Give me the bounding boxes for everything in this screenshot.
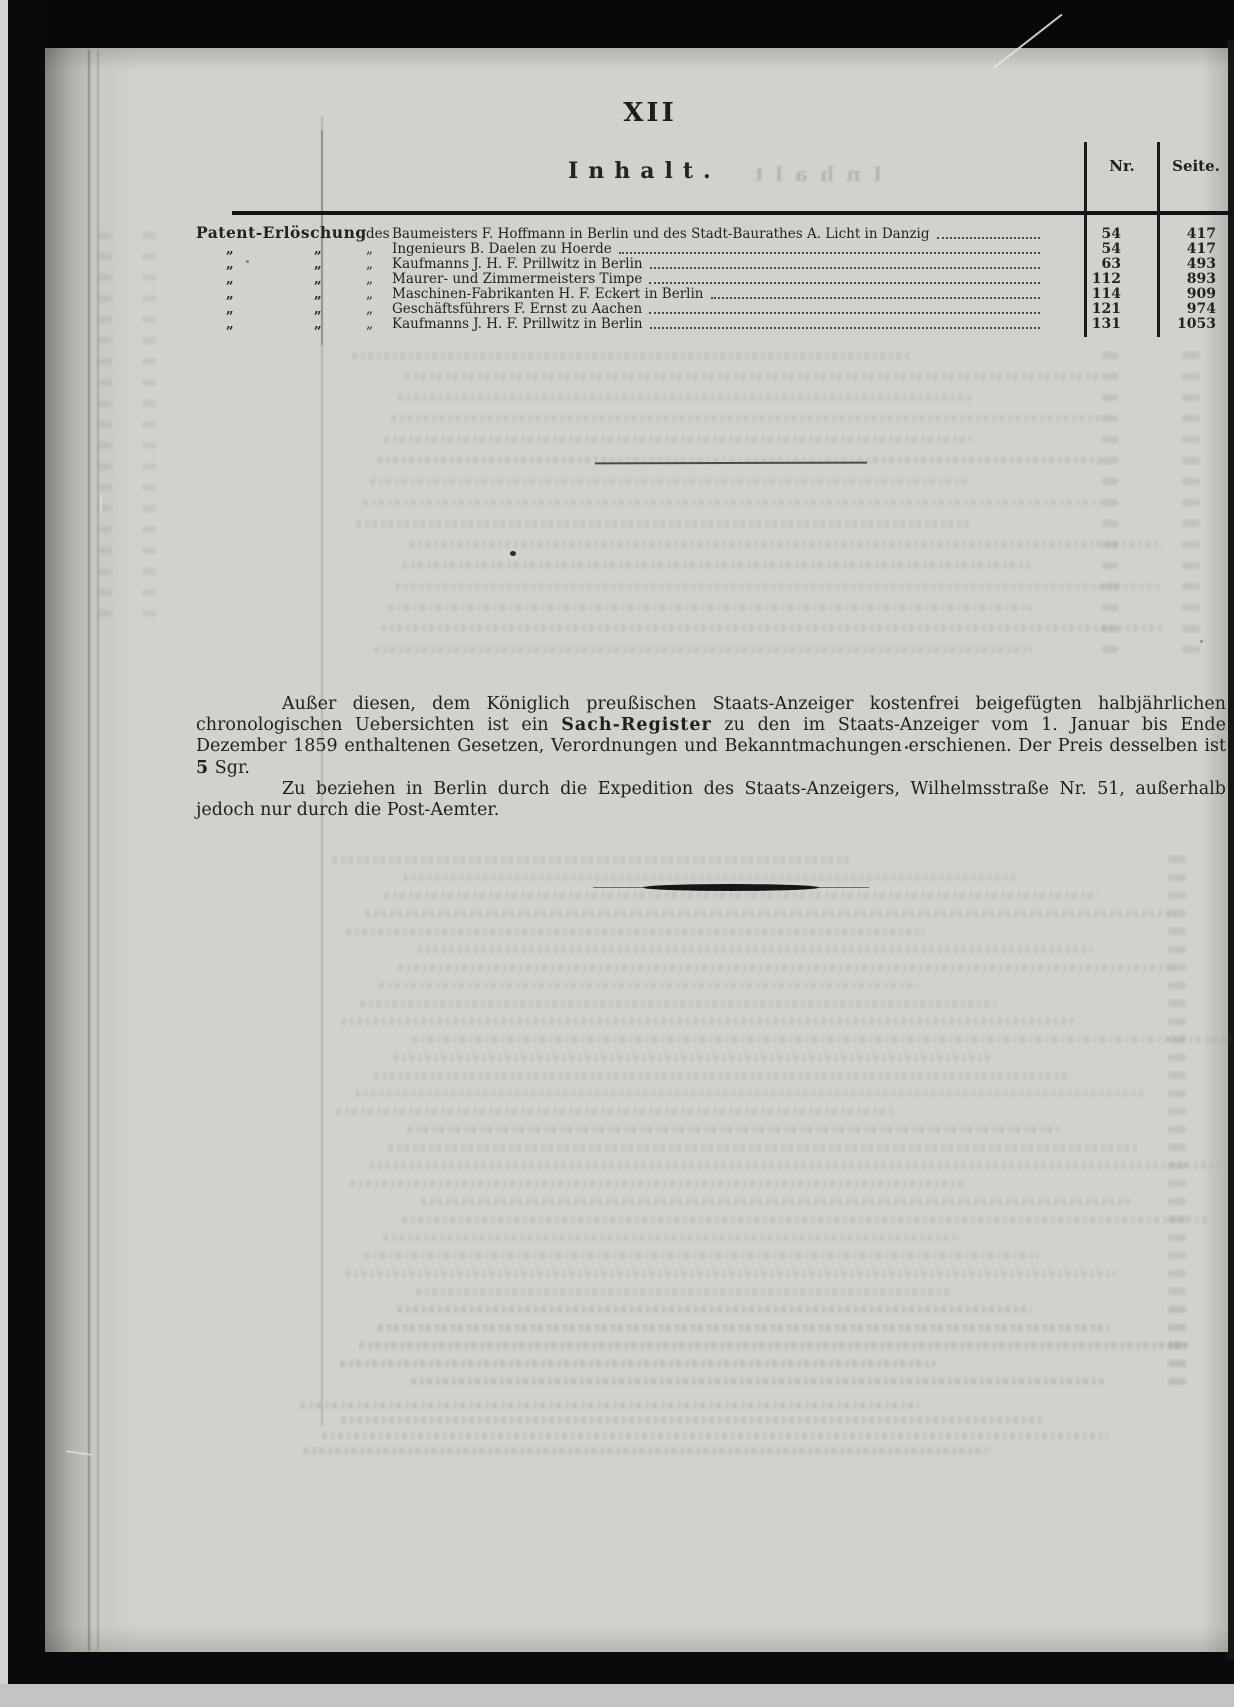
bleedthrough-number <box>1168 1288 1186 1295</box>
ditto-mark: „ <box>314 316 322 332</box>
entry-nr-value: 54 <box>1048 241 1141 257</box>
bleedthrough-number <box>98 547 112 554</box>
toc-row: „„„Kaufmanns J. H. F. Prillwitz in Berli… <box>196 257 1232 272</box>
bleedthrough-number <box>1102 562 1118 569</box>
toc-row: „„„Maurer- und Zimmermeisters Timpe11289… <box>196 272 1232 287</box>
bleedthrough-number <box>1168 1072 1186 1079</box>
bleedthrough-number <box>1182 520 1200 527</box>
entry-seite-value: 417 <box>1141 226 1232 242</box>
entry-text: Maurer- und Zimmermeisters Timpe <box>392 271 642 287</box>
dot-leader <box>649 312 1040 314</box>
bleedthrough-number <box>1102 352 1118 359</box>
column-header-nr: Nr. <box>1087 157 1157 175</box>
ditto-mark: „ <box>226 301 234 317</box>
bleedthrough-number <box>98 421 112 428</box>
page-number-roman: XII <box>575 98 725 128</box>
dot-leader <box>937 237 1041 239</box>
dot-leader <box>650 267 1040 269</box>
bleedthrough-number <box>98 274 112 281</box>
bleedthrough-number <box>142 505 156 512</box>
bleedthrough-line <box>341 1417 1044 1424</box>
bleedthrough-number <box>1168 1378 1186 1385</box>
table-top-rule <box>232 211 1232 215</box>
bleedthrough-number <box>98 463 112 470</box>
bleedthrough-number <box>1102 520 1118 527</box>
bleedthrough-number <box>1168 1090 1186 1097</box>
bleedthrough-line <box>377 457 1102 464</box>
bleedthrough-line <box>346 928 924 935</box>
bleedthrough-number <box>1168 1126 1186 1133</box>
ink-speck <box>905 746 908 749</box>
bleedthrough-number <box>1168 964 1186 971</box>
bleedthrough-number <box>1102 415 1118 422</box>
notice-text-block: Außer diesen, dem Königlich preußischen … <box>196 694 1226 821</box>
bleedthrough-number <box>98 526 112 533</box>
ditto-mark: „ <box>226 256 234 272</box>
bleedthrough-number <box>142 484 156 491</box>
bleedthrough-number <box>1168 1036 1186 1043</box>
entry-text: Kaufmanns J. H. F. Prillwitz in Berlin <box>392 256 643 272</box>
dot-leader <box>650 327 1040 329</box>
bleedthrough-number <box>1168 856 1186 863</box>
bleedthrough-number <box>1168 1198 1186 1205</box>
bleedthrough-number <box>142 379 156 386</box>
bleedthrough-number <box>142 337 156 344</box>
bleedthrough-line <box>332 856 852 863</box>
emphasized-price: 5 <box>196 758 209 778</box>
bleedthrough-number <box>98 253 112 260</box>
bleedthrough-number <box>1182 583 1200 590</box>
bleedthrough-line <box>303 1447 992 1454</box>
bleedthrough-number <box>1168 1180 1186 1187</box>
bleedthrough-line <box>374 1072 1068 1079</box>
bleedthrough-line <box>383 1234 960 1241</box>
entry-text: Baumeisters F. Hoffmann in Berlin und de… <box>392 226 930 242</box>
bleedthrough-number <box>1168 1270 1186 1277</box>
bleedthrough-line <box>364 1252 1038 1259</box>
bleedthrough-line <box>345 1270 1116 1277</box>
notice-paragraph-2: Zu beziehen in Berlin durch die Expediti… <box>196 779 1226 821</box>
bleedthrough-number <box>1168 1144 1186 1151</box>
bleedthrough-line <box>409 541 1162 548</box>
bleedthrough-number <box>1182 478 1200 485</box>
bleedthrough-number <box>142 400 156 407</box>
ditto-mark: „ <box>314 241 322 257</box>
entry-prefix: „ <box>366 316 392 332</box>
entry-prefix: „ <box>366 286 392 302</box>
bleedthrough-number <box>1168 1324 1186 1331</box>
bleedthrough-number <box>1168 1162 1186 1169</box>
entry-prefix: „ <box>366 301 392 317</box>
ditto-mark: „ <box>314 256 322 272</box>
ditto-mark: „ <box>314 271 322 287</box>
bleedthrough-line <box>411 1378 1104 1385</box>
entry-seite-value: 893 <box>1141 271 1232 287</box>
bleedthrough-number <box>1168 910 1186 917</box>
bleedthrough-line <box>407 1126 1062 1133</box>
bleedthrough-line <box>365 910 1176 917</box>
bleedthrough-number <box>1182 373 1200 380</box>
bleedthrough-number <box>1168 874 1186 881</box>
bleedthrough-number <box>1168 1342 1186 1349</box>
bleedthrough-number <box>1168 1054 1186 1061</box>
entry-seite-value: 974 <box>1141 301 1232 317</box>
bleedthrough-number <box>1102 646 1118 653</box>
category-label: Patent-Erlöschung <box>196 223 367 242</box>
entry-text: Geschäftsführers F. Ernst zu Aachen <box>392 301 642 317</box>
paragraph-text: Sgr. <box>209 758 250 778</box>
bleedthrough-number <box>98 232 112 239</box>
bleedthrough-number <box>142 568 156 575</box>
bleedthrough-title-ghost: Inhalt <box>742 162 882 186</box>
bleedthrough-number <box>142 295 156 302</box>
bleedthrough-number <box>1182 604 1200 611</box>
ditto-mark: „ <box>226 271 234 287</box>
bleedthrough-number <box>142 274 156 281</box>
bleedthrough-number <box>98 610 112 617</box>
bleedthrough-number <box>1168 1252 1186 1259</box>
bleedthrough-line <box>340 1360 936 1367</box>
bleedthrough-number <box>1102 604 1118 611</box>
bleedthrough-line <box>341 1018 1074 1025</box>
bleedthrough-line <box>381 625 1162 632</box>
bleedthrough-number <box>1102 478 1118 485</box>
bleedthrough-line <box>300 1402 920 1409</box>
ink-speck <box>246 260 249 263</box>
ink-speck <box>1200 640 1203 643</box>
column-header-seite: Seite. <box>1160 157 1232 175</box>
bleedthrough-line <box>359 1342 1188 1349</box>
entry-nr-value: 121 <box>1048 301 1141 317</box>
bleedthrough-line <box>350 1180 966 1187</box>
bleedthrough-number <box>98 442 112 449</box>
bleedthrough-line <box>402 562 1032 569</box>
bleedthrough-line <box>421 1198 1134 1205</box>
bleedthrough-line <box>363 499 1102 506</box>
entry-seite-value: 909 <box>1141 286 1232 302</box>
page-title: Inhalt. <box>568 158 721 184</box>
bleedthrough-line <box>379 982 918 989</box>
entry-prefix: „ <box>366 256 392 272</box>
bleedthrough-line <box>403 874 1020 881</box>
entry-prefix: „ <box>366 271 392 287</box>
bleedthrough-number <box>142 526 156 533</box>
ditto-mark: „ <box>226 316 234 332</box>
bleedthrough-number <box>1168 1360 1186 1367</box>
bleedthrough-number <box>142 358 156 365</box>
dot-leader <box>619 252 1040 254</box>
bleedthrough-number <box>1182 457 1200 464</box>
entry-prefix: des <box>366 226 392 242</box>
film-mat-left <box>8 0 46 1684</box>
toc-row: Patent-ErlöschungdesBaumeisters F. Hoffm… <box>196 227 1232 242</box>
bleedthrough-line <box>352 352 912 359</box>
bleedthrough-number <box>142 421 156 428</box>
bleedthrough-line <box>393 1054 990 1061</box>
divider-bulge <box>643 884 820 891</box>
bleedthrough-line <box>397 1306 1032 1313</box>
bleedthrough-line <box>369 1162 1218 1169</box>
bleedthrough-number <box>142 442 156 449</box>
bleedthrough-number <box>1182 646 1200 653</box>
bleedthrough-number <box>1182 436 1200 443</box>
bleedthrough-number <box>1168 982 1186 989</box>
entry-prefix: „ <box>366 241 392 257</box>
ditto-mark: „ <box>314 286 322 302</box>
entry-nr-value: 63 <box>1048 256 1141 272</box>
bleedthrough-line <box>405 373 1102 380</box>
bleedthrough-number <box>1102 394 1118 401</box>
bleedthrough-line <box>391 415 1102 422</box>
bleedthrough-number <box>1182 415 1200 422</box>
bleedthrough-number <box>1168 928 1186 935</box>
bleedthrough-line <box>374 646 1032 653</box>
bleedthrough-line <box>416 1288 954 1295</box>
film-mat-bottom <box>8 1651 1234 1684</box>
entry-seite-value: 493 <box>1141 256 1232 272</box>
bleedthrough-number <box>142 232 156 239</box>
toc-row: „„„Kaufmanns J. H. F. Prillwitz in Berli… <box>196 317 1232 332</box>
bleedthrough-number <box>1182 352 1200 359</box>
entry-text: Ingenieurs B. Daelen zu Hoerde <box>392 241 612 257</box>
bleedthrough-number <box>1182 625 1200 632</box>
notice-paragraph-1: Außer diesen, dem Königlich preußischen … <box>196 694 1226 779</box>
bleedthrough-line <box>384 892 1098 899</box>
bleedthrough-line <box>402 1216 1212 1223</box>
scanned-book-page: XII Inhalt. Inhalt Nr. Seite. Patent-Erl… <box>0 0 1234 1707</box>
bleedthrough-line <box>417 946 1092 953</box>
bleedthrough-number <box>98 484 112 491</box>
bleedthrough-number <box>1168 1234 1186 1241</box>
bleedthrough-number <box>1168 1216 1186 1223</box>
bleedthrough-line <box>412 1036 1234 1043</box>
bleedthrough-number <box>142 463 156 470</box>
bleedthrough-number <box>142 316 156 323</box>
bleedthrough-number <box>142 589 156 596</box>
bleedthrough-number <box>1182 394 1200 401</box>
bleedthrough-number <box>1182 562 1200 569</box>
bleedthrough-number <box>1168 1306 1186 1313</box>
toc-row: „„„Maschinen-Fabrikanten H. F. Eckert in… <box>196 287 1232 302</box>
bleedthrough-number <box>1102 499 1118 506</box>
entry-nr-value: 131 <box>1048 316 1141 332</box>
bleedthrough-line <box>398 394 972 401</box>
bleedthrough-number <box>1102 625 1118 632</box>
ditto-mark: „ <box>226 286 234 302</box>
ink-speck <box>510 551 516 556</box>
entry-text: Maschinen-Fabrikanten H. F. Eckert in Be… <box>392 286 704 302</box>
bleedthrough-number <box>1102 583 1118 590</box>
bleedthrough-line <box>378 1324 1110 1331</box>
bleedthrough-line <box>336 1108 894 1115</box>
bleedthrough-line <box>370 478 972 485</box>
entry-seite-value: 1053 <box>1141 316 1232 332</box>
bleedthrough-number <box>1102 436 1118 443</box>
bleedthrough-line <box>360 1000 996 1007</box>
binding-crease-line <box>97 50 99 1651</box>
entry-category-label: Patent-Erlöschung <box>196 223 366 242</box>
bleedthrough-line <box>395 583 1162 590</box>
table-of-contents-body: Patent-ErlöschungdesBaumeisters F. Hoffm… <box>196 227 1232 332</box>
bleedthrough-number <box>98 568 112 575</box>
toc-row: „„„Geschäftsführers F. Ernst zu Aachen12… <box>196 302 1232 317</box>
bleedthrough-number <box>142 610 156 617</box>
entry-seite-value: 417 <box>1141 241 1232 257</box>
ditto-mark: „ <box>226 241 234 257</box>
bleedthrough-number <box>142 253 156 260</box>
bleedthrough-number <box>98 379 112 386</box>
bleedthrough-number <box>1168 946 1186 953</box>
bleedthrough-number <box>1168 1000 1186 1007</box>
ditto-mark: „ <box>314 301 322 317</box>
bleedthrough-number <box>98 316 112 323</box>
bleedthrough-number <box>98 337 112 344</box>
bleedthrough-line <box>322 1432 1108 1439</box>
entry-nr-value: 54 <box>1048 226 1141 242</box>
entry-text: Kaufmanns J. H. F. Prillwitz in Berlin <box>392 316 643 332</box>
bleedthrough-number <box>98 589 112 596</box>
bleedthrough-number <box>1102 457 1118 464</box>
dot-leader <box>649 282 1040 284</box>
bleedthrough-line <box>388 1144 1140 1151</box>
film-scratch <box>100 495 102 513</box>
entry-nr-value: 114 <box>1048 286 1141 302</box>
bleedthrough-number <box>1182 499 1200 506</box>
bleedthrough-line <box>398 964 1170 971</box>
bleedthrough-line <box>388 604 1032 611</box>
toc-row: „„„Ingenieurs B. Daelen zu Hoerde54417 <box>196 242 1232 257</box>
entry-nr-value: 112 <box>1048 271 1141 287</box>
bleedthrough-line <box>384 436 972 443</box>
bleedthrough-number <box>142 547 156 554</box>
bleedthrough-number <box>1168 1108 1186 1115</box>
bleedthrough-number <box>1168 892 1186 899</box>
binding-crease-line <box>88 50 90 1651</box>
bleedthrough-number <box>1168 1018 1186 1025</box>
bleedthrough-number <box>1182 541 1200 548</box>
bleedthrough-line <box>356 520 972 527</box>
emphasized-term-sach-register: Sach-Register <box>561 715 711 735</box>
scanner-bed-bottom <box>0 1684 1234 1707</box>
paragraph-text: Zu beziehen in Berlin durch die Expediti… <box>196 779 1226 820</box>
bleedthrough-number <box>1102 373 1118 380</box>
bleedthrough-number <box>98 358 112 365</box>
bleedthrough-line <box>355 1090 1146 1097</box>
bleedthrough-number <box>98 400 112 407</box>
bleedthrough-number <box>1102 541 1118 548</box>
dot-leader <box>711 297 1040 299</box>
bleedthrough-number <box>98 295 112 302</box>
